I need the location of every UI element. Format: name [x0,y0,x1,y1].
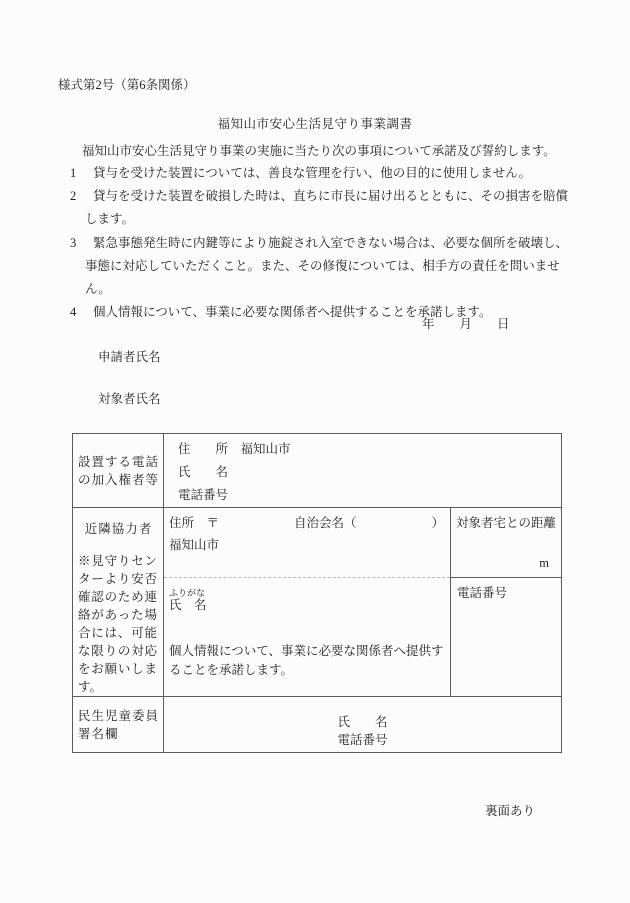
subject-name-label: 対象者氏名 [98,389,161,407]
owner-phone-label: 電話番号 [178,484,561,507]
neighbor-helper-title: 近隣協力者 [78,520,159,538]
neighbor-phone-cell: 電話番号 [451,577,562,696]
distance-label: 対象者宅との距離 [456,513,561,531]
item-3-text: 緊急事態発生時に内鍵等により施錠され入室できない場合は、必要な個所を破壊し、 事… [85,232,580,302]
commissioner-signature-cell: 氏 名 電話番号 [164,697,562,753]
distance-unit-label: m [539,556,549,571]
owner-address-label: 住 所 福知山市 [178,438,561,461]
numbered-items: 1 貸与を受けた装置については、善良な管理を行い、他の目的に使用しません。 2 … [85,162,580,324]
intro-paragraph: 福知山市安心生活見守り事業の実施に当たり次の事項について承諾及び誓約します。 [82,144,582,159]
item-1-number: 1 [70,162,76,185]
distance-cell: 対象者宅との距離 m [451,508,562,578]
welfare-commissioner-label: 民生児童委員 署名欄 [73,697,164,753]
neighbor-helper-note: ※見守りセンターより安否確認のため連絡があった場合には、可能な限りの対応をお願い… [78,552,159,696]
neighbor-address-line2: 福知山市 [169,534,450,556]
item-4-number: 4 [70,301,76,324]
date-line: 年 月 日 [422,314,510,332]
form-number: 様式第2号（第6条関係） [58,78,196,92]
neighbor-phone-label: 電話番号 [457,583,561,601]
item-1: 1 貸与を受けた装置については、善良な管理を行い、他の目的に使用しません。 [85,162,580,185]
document-title: 福知山市安心生活見守り事業調書 [0,114,630,132]
table-row-phone-owner: 設置する電話 の加入権者等 住 所 福知山市 氏 名 電話番号 [73,434,562,508]
document-page: 様式第2号（第6条関係） 福知山市安心生活見守り事業調書 福知山市安心生活見守り… [0,0,630,903]
signature-name-label: 氏 名 [164,713,561,731]
neighbor-name-cell: ふりがな 氏 名 個人情報について、事業に必要な関係者へ提供することを承諾します… [164,577,451,696]
phone-owner-fields-cell: 住 所 福知山市 氏 名 電話番号 [164,434,562,508]
furigana-label: ふりがな [169,588,450,598]
consent-text: 個人情報について、事業に必要な関係者へ提供することを承諾します。 [169,642,450,680]
item-2: 2 貸与を受けた装置を破損した時は、直ちに市長に届け出るとともに、その損害を賠償… [85,185,580,231]
item-2-number: 2 [70,185,76,208]
applicant-name-label: 申請者氏名 [98,347,161,365]
neighbor-helper-label-cell: 近隣協力者 ※見守りセンターより安否確認のため連絡があった場合には、可能な限りの… [73,508,164,697]
item-1-text: 貸与を受けた装置については、善良な管理を行い、他の目的に使用しません。 [85,162,580,185]
form-table: 設置する電話 の加入権者等 住 所 福知山市 氏 名 電話番号 近隣協力者 ※見… [72,433,562,753]
phone-owner-label: 設置する電話 の加入権者等 [73,434,164,508]
signature-phone-label: 電話番号 [164,731,561,749]
item-3-number: 3 [70,232,76,255]
neighbor-address-line1: 住所 〒 自治会名（ ） [169,512,450,534]
table-row-neighbor-address: 近隣協力者 ※見守りセンターより安否確認のため連絡があった場合には、可能な限りの… [73,508,562,578]
item-3: 3 緊急事態発生時に内鍵等により施錠され入室できない場合は、必要な個所を破壊し、… [85,232,580,302]
item-2-text: 貸与を受けた装置を破損した時は、直ちに市長に届け出るとともに、その損害を賠償 し… [85,185,580,231]
neighbor-name-label: 氏 名 [169,598,450,612]
owner-name-label: 氏 名 [178,461,561,484]
table-row-commissioner: 民生児童委員 署名欄 氏 名 電話番号 [73,697,562,753]
back-side-note: 裏面あり [485,801,535,819]
neighbor-address-cell: 住所 〒 自治会名（ ） 福知山市 [164,508,451,578]
